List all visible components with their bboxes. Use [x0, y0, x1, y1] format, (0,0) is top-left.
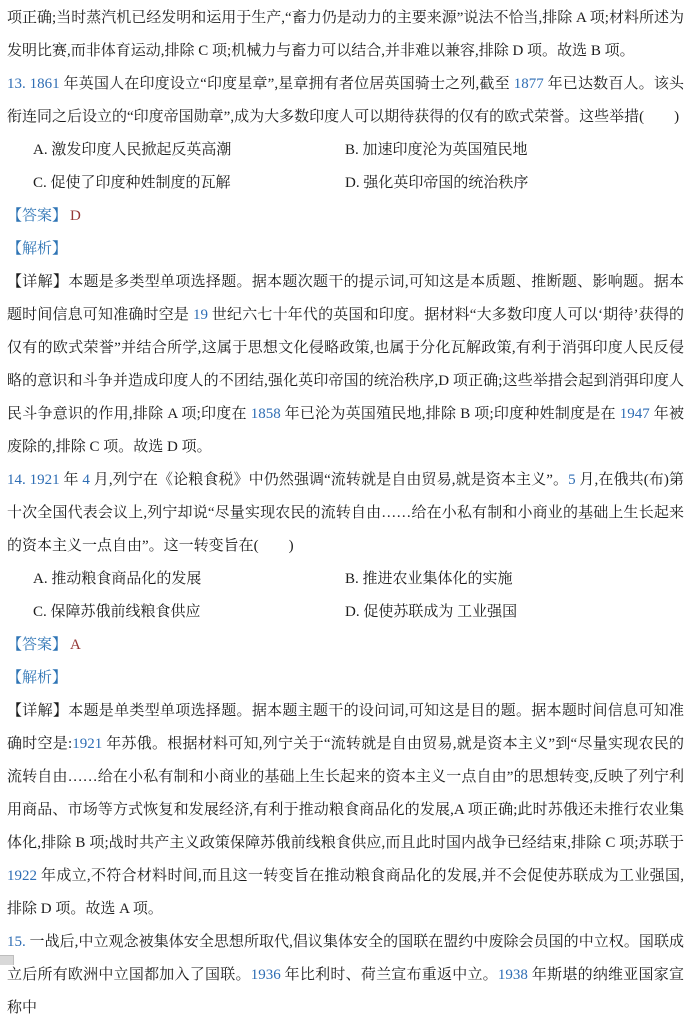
options-grid: A. 推动粮食商品化的发展B. 推进农业集体化的实施C. 保障苏俄前线粮食供应D…	[7, 563, 684, 629]
number-text: 5	[568, 472, 576, 488]
option-item: C. 促使了印度种姓制度的瓦解	[33, 167, 345, 200]
answer-line: 【答案】D	[7, 200, 684, 233]
options-grid: A. 激发印度人民掀起反英高潮B. 加速印度沦为英国殖民地C. 促使了印度种姓制…	[7, 134, 684, 200]
analysis-line: 【解析】	[7, 233, 684, 266]
question-stem: 15. 一战后,中立观念被集体安全思想所取代,倡议集体安全的国联在盟约中废除会员…	[7, 926, 684, 965]
answer-label: 【答案】	[7, 208, 67, 224]
answer-line: 【答案】A	[7, 629, 684, 662]
number-text: 14. 1921	[7, 472, 60, 488]
paragraph: 【详解】本题是单类型单项选择题。据本题主题干的设问词,可知这是目的题。据本题时间…	[7, 695, 684, 926]
scrollbar-thumb-fragment[interactable]	[0, 955, 14, 965]
number-text: 1858	[251, 406, 281, 422]
paragraph: 【详解】本题是多类型单项选择题。据本题次题干的提示词,可知这是本质题、推断题、影…	[7, 266, 684, 464]
number-text: 19	[193, 307, 208, 323]
option-item: D. 强化英印帝国的统治秩序	[345, 167, 684, 200]
number-text: 1947	[620, 406, 650, 422]
option-item: D. 促使苏联成为 工业强国	[345, 596, 684, 629]
number-text: 15.	[7, 934, 26, 950]
number-text: 1921	[72, 736, 102, 752]
option-item: B. 加速印度沦为英国殖民地	[345, 134, 684, 167]
number-text: 1877	[514, 76, 544, 92]
analysis-line: 【解析】	[7, 662, 684, 695]
option-item: A. 激发印度人民掀起反英高潮	[33, 134, 345, 167]
number-text: 4	[82, 472, 90, 488]
question-stem: 14. 1921 年 4 月,列宁在《论粮食税》中仍然强调“流转就是自由贸易,就…	[7, 464, 684, 563]
question-stem: 13. 1861 年英国人在印度设立“印度星章”,星章拥有者位居英国骑士之列,截…	[7, 68, 684, 134]
answer-label: 【答案】	[7, 637, 67, 653]
option-item: C. 保障苏俄前线粮食供应	[33, 596, 345, 629]
answer-value: A	[70, 637, 81, 653]
analysis-label: 【解析】	[7, 241, 67, 257]
number-text: 1922	[7, 868, 37, 884]
number-text: 13. 1861	[7, 76, 60, 92]
option-item: A. 推动粮食商品化的发展	[33, 563, 345, 596]
document-page: 项正确;当时蒸汽机已经发明和运用于生产,“畜力仍是动力的主要来源”说法不恰当,排…	[0, 0, 692, 965]
analysis-label: 【解析】	[7, 670, 67, 686]
answer-value: D	[70, 208, 81, 224]
option-item: B. 推进农业集体化的实施	[345, 563, 684, 596]
paragraph: 项正确;当时蒸汽机已经发明和运用于生产,“畜力仍是动力的主要来源”说法不恰当,排…	[7, 2, 684, 68]
